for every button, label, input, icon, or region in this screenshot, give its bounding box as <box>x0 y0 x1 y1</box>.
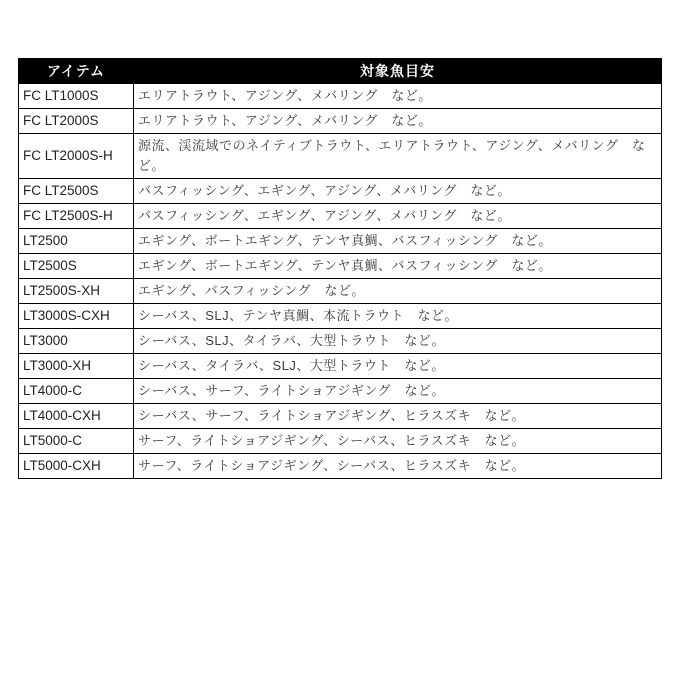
table-row: FC LT2000S エリアトラウト、アジング、メバリング など。 <box>19 109 662 134</box>
table-row: LT5000-C サーフ、ライトショアジギング、シーバス、ヒラスズキ など。 <box>19 429 662 454</box>
target-fish-cell: バスフィッシング、エギング、アジング、メバリング など。 <box>134 179 662 204</box>
item-cell: FC LT1000S <box>19 84 134 109</box>
item-cell: LT5000-C <box>19 429 134 454</box>
item-cell: LT4000-C <box>19 379 134 404</box>
header-row: アイテム 対象魚目安 <box>19 59 662 84</box>
table-row: LT3000S-CXH シーバス、SLJ、テンヤ真鯛、本流トラウト など。 <box>19 304 662 329</box>
table-row: FC LT2500S-H バスフィッシング、エギング、アジング、メバリング など… <box>19 204 662 229</box>
table-row: LT2500S エギング、ボートエギング、テンヤ真鯛、バスフィッシング など。 <box>19 254 662 279</box>
target-fish-cell: エリアトラウト、アジング、メバリング など。 <box>134 84 662 109</box>
table-row: FC LT2500S バスフィッシング、エギング、アジング、メバリング など。 <box>19 179 662 204</box>
item-cell: LT3000S-CXH <box>19 304 134 329</box>
target-fish-cell: エギング、ボートエギング、テンヤ真鯛、バスフィッシング など。 <box>134 254 662 279</box>
item-cell: LT3000 <box>19 329 134 354</box>
table-header: アイテム 対象魚目安 <box>19 59 662 84</box>
item-cell: FC LT2000S <box>19 109 134 134</box>
table-row: FC LT1000S エリアトラウト、アジング、メバリング など。 <box>19 84 662 109</box>
table-row: LT4000-C シーバス、サーフ、ライトショアジギング など。 <box>19 379 662 404</box>
spec-table-container: アイテム 対象魚目安 FC LT1000S エリアトラウト、アジング、メバリング… <box>18 58 662 479</box>
target-fish-cell: シーバス、タイラバ、SLJ、大型トラウト など。 <box>134 354 662 379</box>
item-cell: LT2500 <box>19 229 134 254</box>
target-fish-cell: シーバス、SLJ、タイラバ、大型トラウト など。 <box>134 329 662 354</box>
item-cell: LT3000-XH <box>19 354 134 379</box>
header-item: アイテム <box>19 59 134 84</box>
target-fish-cell: サーフ、ライトショアジギング、シーバス、ヒラスズキ など。 <box>134 429 662 454</box>
target-fish-cell: エギング、ボートエギング、テンヤ真鯛、バスフィッシング など。 <box>134 229 662 254</box>
target-fish-cell: サーフ、ライトショアジギング、シーバス、ヒラスズキ など。 <box>134 454 662 479</box>
table-row: LT2500S-XH エギング、バスフィッシング など。 <box>19 279 662 304</box>
item-cell: FC LT2500S-H <box>19 204 134 229</box>
table-row: LT3000 シーバス、SLJ、タイラバ、大型トラウト など。 <box>19 329 662 354</box>
table-row: LT3000-XH シーバス、タイラバ、SLJ、大型トラウト など。 <box>19 354 662 379</box>
target-fish-cell: 源流、渓流域でのネイティブトラウト、エリアトラウト、アジング、メバリング など。 <box>134 134 662 179</box>
item-cell: FC LT2000S-H <box>19 134 134 179</box>
header-target-fish: 対象魚目安 <box>134 59 662 84</box>
target-fish-cell: エギング、バスフィッシング など。 <box>134 279 662 304</box>
item-cell: LT2500S <box>19 254 134 279</box>
target-fish-cell: シーバス、SLJ、テンヤ真鯛、本流トラウト など。 <box>134 304 662 329</box>
item-cell: LT2500S-XH <box>19 279 134 304</box>
target-fish-cell: バスフィッシング、エギング、アジング、メバリング など。 <box>134 204 662 229</box>
item-cell: LT4000-CXH <box>19 404 134 429</box>
table-row: FC LT2000S-H 源流、渓流域でのネイティブトラウト、エリアトラウト、ア… <box>19 134 662 179</box>
item-cell: LT5000-CXH <box>19 454 134 479</box>
table-row: LT4000-CXH シーバス、サーフ、ライトショアジギング、ヒラスズキ など。 <box>19 404 662 429</box>
item-target-fish-table: アイテム 対象魚目安 FC LT1000S エリアトラウト、アジング、メバリング… <box>18 58 662 479</box>
table-row: LT2500 エギング、ボートエギング、テンヤ真鯛、バスフィッシング など。 <box>19 229 662 254</box>
target-fish-cell: エリアトラウト、アジング、メバリング など。 <box>134 109 662 134</box>
table-body: FC LT1000S エリアトラウト、アジング、メバリング など。 FC LT2… <box>19 84 662 479</box>
target-fish-cell: シーバス、サーフ、ライトショアジギング、ヒラスズキ など。 <box>134 404 662 429</box>
item-cell: FC LT2500S <box>19 179 134 204</box>
target-fish-cell: シーバス、サーフ、ライトショアジギング など。 <box>134 379 662 404</box>
table-row: LT5000-CXH サーフ、ライトショアジギング、シーバス、ヒラスズキ など。 <box>19 454 662 479</box>
